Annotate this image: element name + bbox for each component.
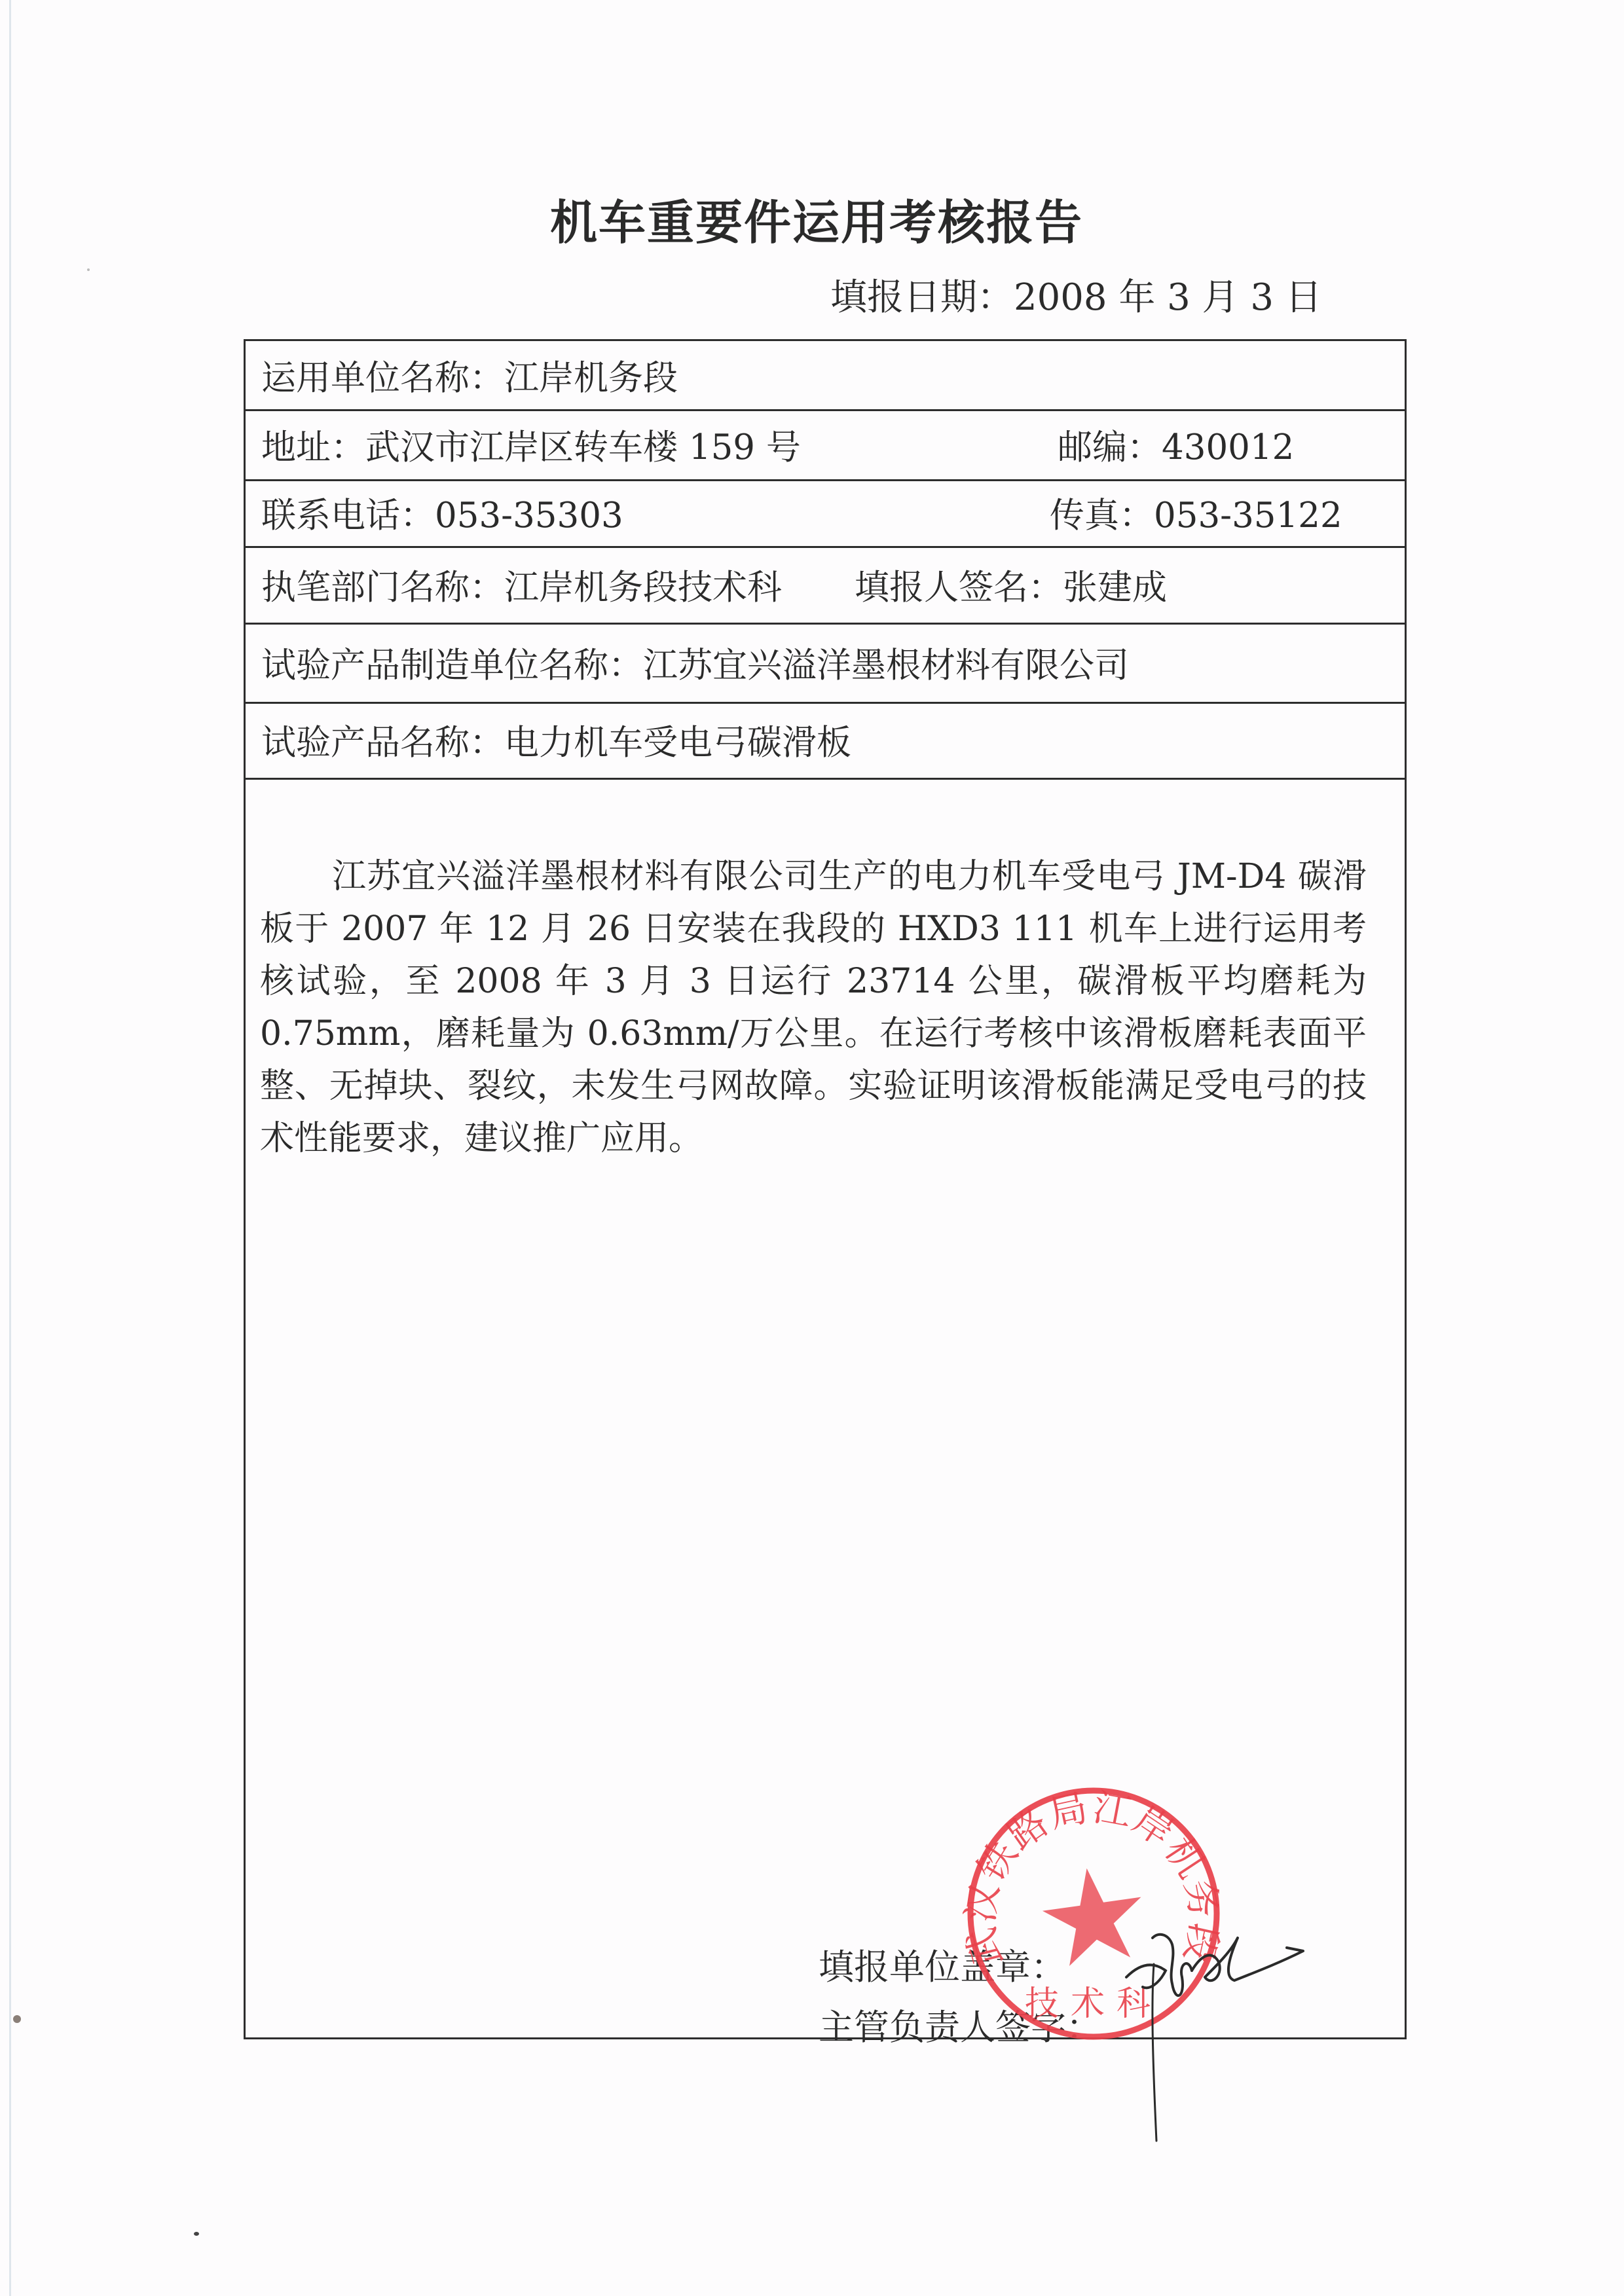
scan-speck: [194, 2232, 199, 2236]
postcode-label: 邮编：: [1058, 428, 1162, 467]
address-value: 武汉市江岸区转车楼 159 号: [365, 428, 801, 467]
scan-speck: [87, 268, 90, 271]
reporter-value: 张建成: [1063, 568, 1167, 608]
fax-value: 053-35122: [1154, 496, 1342, 536]
fax-label: 传真：: [1050, 496, 1154, 536]
manufacturer-value: 江苏宜兴溢洋墨根材料有限公司: [643, 646, 1129, 685]
fill-date-value: 2008 年 3 月 3 日: [1014, 276, 1322, 319]
row-department: 执笔部门名称：江岸机务段技术科 填报人签名：张建成: [246, 546, 1405, 625]
row-address: 地址：武汉市江岸区转车楼 159 号 邮编：430012: [246, 409, 1405, 481]
row-unit-name: 运用单位名称：江岸机务段: [246, 341, 1405, 411]
unit-name-value: 江岸机务段: [504, 358, 678, 398]
scan-speck: [13, 2015, 21, 2023]
postcode-value: 430012: [1162, 428, 1294, 467]
product-name-label: 试验产品名称：: [261, 723, 504, 763]
assessment-body: 江苏宜兴溢洋墨根材料有限公司生产的电力机车受电弓 JM-D4 碳滑板于 2007…: [260, 850, 1367, 1165]
product-name-value: 电力机车受电弓碳滑板: [504, 723, 851, 763]
report-form: 运用单位名称：江岸机务段 地址：武汉市江岸区转车楼 159 号 邮编：43001…: [244, 339, 1407, 2039]
row-product-name: 试验产品名称：电力机车受电弓碳滑板: [246, 702, 1405, 780]
manufacturer-label: 试验产品制造单位名称：: [261, 646, 643, 685]
reporter-label: 填报人签名：: [855, 568, 1063, 608]
fill-date: 填报日期：2008 年 3 月 3 日: [830, 268, 1322, 321]
fill-date-label: 填报日期：: [830, 276, 1014, 319]
handwritten-signature: [1113, 1925, 1323, 2147]
address-label: 地址：: [261, 428, 365, 467]
phone-value: 053-35303: [435, 496, 623, 536]
phone-label: 联系电话：: [261, 496, 435, 536]
department-value: 江岸机务段技术科: [504, 568, 782, 608]
document-title: 机车重要件运用考核报告: [550, 185, 1113, 253]
row-manufacturer: 试验产品制造单位名称：江苏宜兴溢洋墨根材料有限公司: [246, 623, 1405, 704]
row-phone: 联系电话：053-35303 传真：053-35122: [246, 479, 1405, 548]
unit-name-label: 运用单位名称：: [261, 358, 504, 398]
scan-edge: [9, 0, 11, 2296]
department-label: 执笔部门名称：: [261, 568, 504, 608]
